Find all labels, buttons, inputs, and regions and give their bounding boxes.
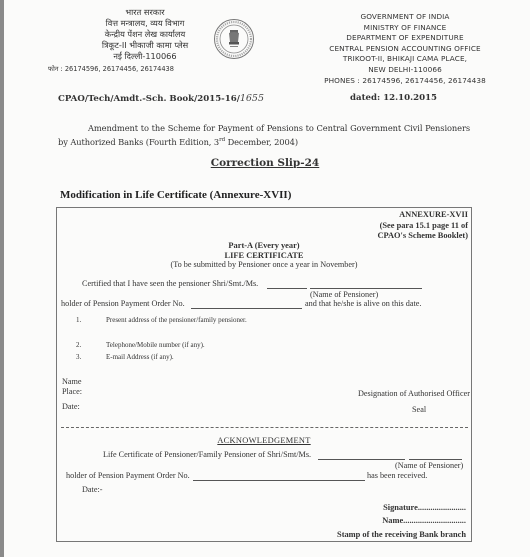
handwritten-number: 1655	[240, 93, 264, 104]
ack-name-blank-1[interactable]	[318, 459, 405, 460]
intro-text-end: December, 2004)	[225, 137, 298, 147]
item-text: Telephone/Mobile number (if any).	[106, 341, 205, 349]
designation-label: Designation of Authorised Officer	[358, 389, 470, 398]
annexure-ref-line: CPAO's Scheme Booklet)	[377, 231, 468, 242]
ack-date-label: Date:-	[82, 485, 102, 494]
annexure-title: ANNEXURE-XVII	[377, 210, 468, 221]
date-value: 12.10.2015	[383, 93, 437, 103]
ppo-blank[interactable]	[191, 308, 302, 309]
item-text: E-mail Address (if any).	[106, 353, 174, 361]
ppo-label: holder of Pension Payment Order No.	[61, 299, 185, 308]
place-label: Place:	[62, 387, 82, 396]
certificate-subtitle: (To be submitted by Pensioner once a yea…	[56, 260, 472, 270]
english-line: CENTRAL PENSION ACCOUNTING OFFICE	[300, 44, 510, 55]
hindi-phone-numbers: फोन : 26174596, 26174456, 26174438	[48, 64, 174, 73]
ack-text: Life Certificate of Pensioner/Family Pen…	[103, 450, 311, 459]
name-label: Name	[62, 377, 82, 386]
english-line: MINISTRY OF FINANCE	[300, 23, 510, 34]
hindi-line: त्रिकूट-II भीकाजी कामा प्लेस	[60, 40, 230, 51]
received-text: has been received.	[367, 471, 427, 480]
part-label: Part-A (Every year)	[56, 241, 472, 251]
name-caption: (Name of Pensioner)	[310, 290, 378, 299]
ack-ppo-blank[interactable]	[193, 480, 365, 481]
certified-text: Certified that I have seen the pensioner…	[82, 279, 258, 288]
hindi-line: भारत सरकार	[60, 7, 230, 18]
reference-date: dated: 12.10.2015	[350, 93, 437, 103]
acknowledgement-title: ACKNOWLEDGEMENT	[56, 436, 472, 445]
name-blank-2[interactable]	[310, 288, 422, 289]
amendment-intro: Amendment to the Scheme for Payment of P…	[58, 122, 470, 148]
reference-number: CPAO/Tech/Amdt.-Sch. Book/2015-16/1655	[58, 93, 264, 104]
english-line: TRIKOOT-II, BHIKAJI CAMA PLACE,	[300, 54, 510, 65]
seal-label: Seal	[412, 405, 426, 414]
ack-ppo-label: holder of Pension Payment Order No.	[66, 471, 190, 480]
modification-heading: Modification in Life Certificate (Annexu…	[60, 189, 291, 201]
item-number: 3.	[76, 353, 81, 361]
signature-field: Signature.......................	[383, 503, 466, 512]
english-line: NEW DELHI-110066	[300, 65, 510, 76]
life-certificate-title: LIFE CERTIFICATE	[56, 251, 472, 261]
english-letterhead: GOVERNMENT OF INDIA MINISTRY OF FINANCE …	[300, 12, 510, 86]
hindi-line: वित्त मन्त्रालय, व्यय विभाग	[60, 18, 230, 29]
date-label: Date:	[62, 402, 80, 411]
scan-edge	[0, 0, 4, 557]
hindi-line: नई दिल्ली-110066	[60, 51, 230, 62]
item-number: 2.	[76, 341, 81, 349]
correction-slip-title: Correction Slip-24	[0, 157, 530, 169]
certificate-heading: Part-A (Every year) LIFE CERTIFICATE (To…	[56, 241, 472, 270]
name-field: Name..............................	[382, 516, 466, 525]
item-text: Present address of the pensioner/family …	[106, 316, 247, 324]
ack-name-blank-2[interactable]	[409, 459, 462, 460]
item-number: 1.	[76, 316, 81, 324]
cut-line	[61, 427, 468, 428]
stamp-label: Stamp of the receiving Bank branch	[337, 530, 466, 539]
cpao-emblem-icon	[213, 18, 255, 60]
english-line: DEPARTMENT OF EXPENDITURE	[300, 33, 510, 44]
alive-text: and that he/she is alive on this date.	[305, 299, 421, 308]
ack-name-caption: (Name of Pensioner)	[395, 461, 463, 470]
annexure-ref-line: (See para 15.1 page 11 of	[377, 221, 468, 232]
reference-text: CPAO/Tech/Amdt.-Sch. Book/2015-16/	[58, 94, 240, 104]
dated-label: dated:	[350, 93, 380, 103]
annexure-reference: ANNEXURE-XVII (See para 15.1 page 11 of …	[377, 210, 468, 242]
hindi-letterhead: भारत सरकार वित्त मन्त्रालय, व्यय विभाग क…	[60, 7, 230, 62]
english-line: PHONES : 26174596, 26174456, 26174438	[300, 76, 510, 87]
english-line: GOVERNMENT OF INDIA	[300, 12, 510, 23]
hindi-line: केन्द्रीय पेंशन लेख कार्यालय	[60, 29, 230, 40]
name-blank-1[interactable]	[267, 288, 307, 289]
